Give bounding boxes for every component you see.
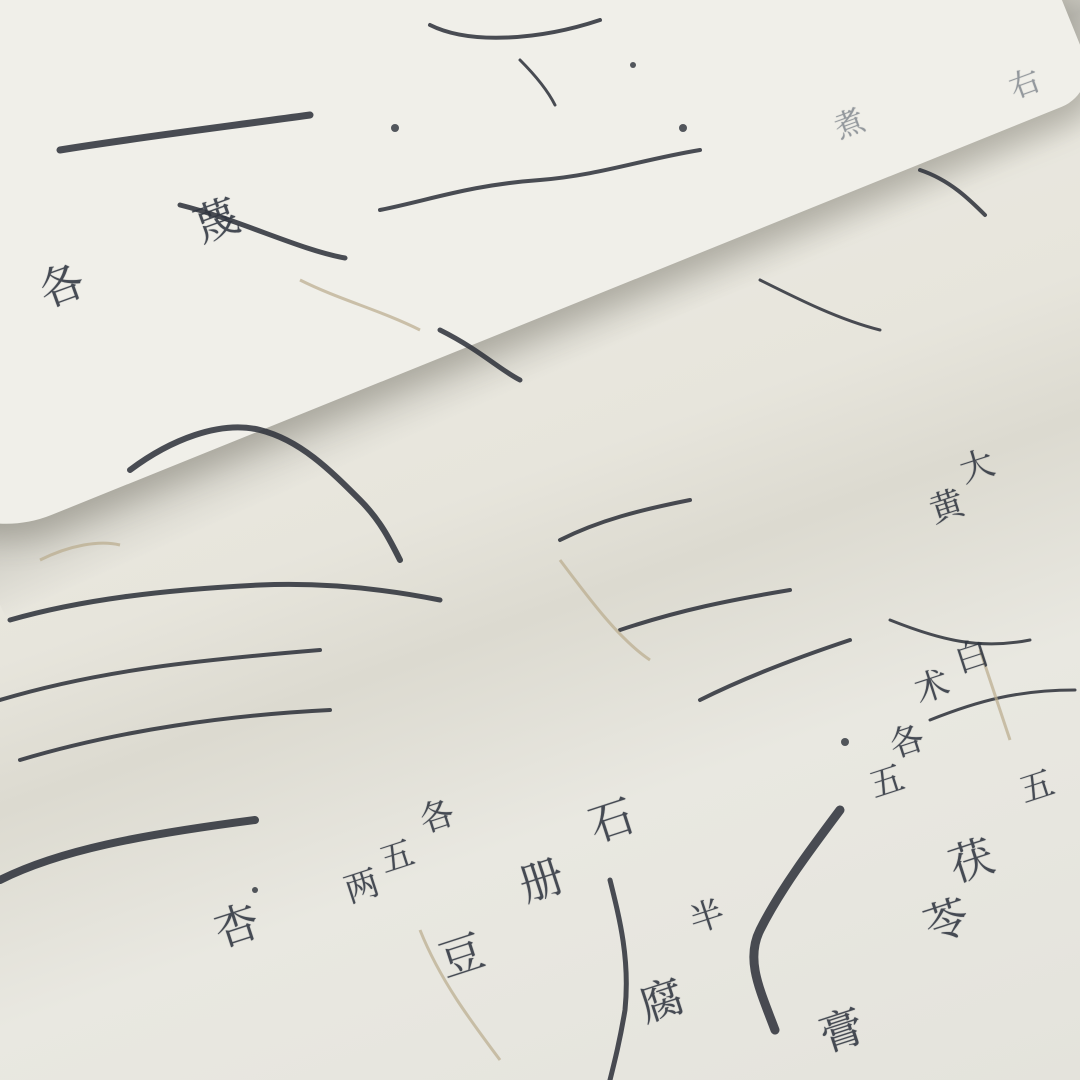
worm-tunnel-damage (0, 0, 1080, 1080)
manuscript-photo: 各 蔑 各 五 两 杏 册 豆 半 腐 石 膏 大 黄 白 术 各 五 茯 苓 … (0, 0, 1080, 1080)
